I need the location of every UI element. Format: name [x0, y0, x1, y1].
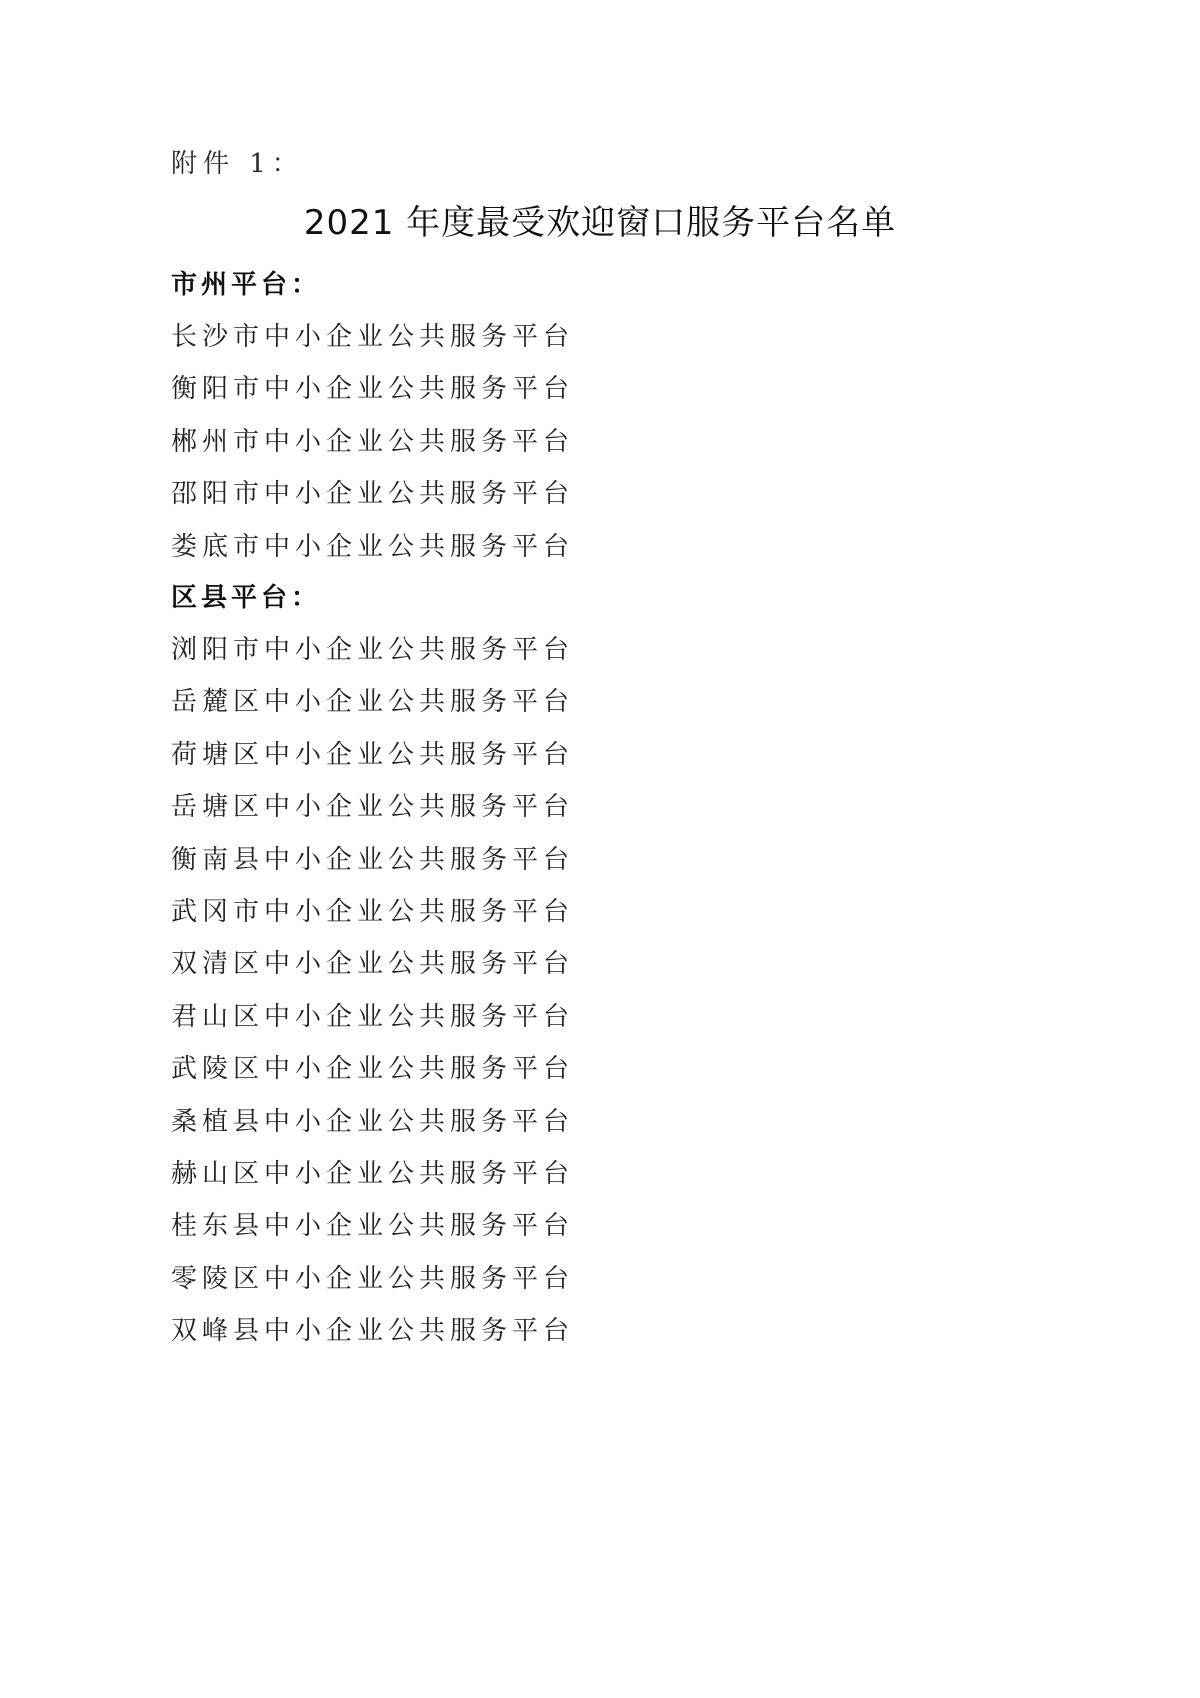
list-item: 岳麓区中小企业公共服务平台 [171, 676, 574, 728]
list-item: 赫山区中小企业公共服务平台 [171, 1148, 574, 1200]
list-item: 桂东县中小企业公共服务平台 [171, 1200, 574, 1252]
attachment-label: 附件 1： [171, 146, 304, 182]
list-item: 武冈市中小企业公共服务平台 [171, 886, 574, 938]
list-item: 浏阳市中小企业公共服务平台 [171, 624, 574, 676]
section-heading: 市州平台： [171, 259, 574, 311]
list-item: 长沙市中小企业公共服务平台 [171, 311, 574, 363]
list-item: 郴州市中小企业公共服务平台 [171, 416, 574, 468]
list-item: 邵阳市中小企业公共服务平台 [171, 468, 574, 520]
document-title: 2021 年度最受欢迎窗口服务平台名单 [0, 200, 1200, 246]
list-item: 衡南县中小企业公共服务平台 [171, 834, 574, 886]
list-item: 双清区中小企业公共服务平台 [171, 938, 574, 990]
list-item: 娄底市中小企业公共服务平台 [171, 521, 574, 573]
section-heading: 区县平台： [171, 572, 574, 624]
list-item: 荷塘区中小企业公共服务平台 [171, 729, 574, 781]
section-city-platforms: 市州平台： 长沙市中小企业公共服务平台 衡阳市中小企业公共服务平台 郴州市中小企… [171, 259, 574, 573]
document-page: 附件 1： 2021 年度最受欢迎窗口服务平台名单 市州平台： 长沙市中小企业公… [0, 0, 1200, 1698]
list-item: 桑植县中小企业公共服务平台 [171, 1096, 574, 1148]
list-item: 衡阳市中小企业公共服务平台 [171, 363, 574, 415]
list-item: 双峰县中小企业公共服务平台 [171, 1305, 574, 1357]
section-county-platforms: 区县平台： 浏阳市中小企业公共服务平台 岳麓区中小企业公共服务平台 荷塘区中小企… [171, 572, 574, 1357]
list-item: 君山区中小企业公共服务平台 [171, 991, 574, 1043]
list-item: 岳塘区中小企业公共服务平台 [171, 781, 574, 833]
list-item: 零陵区中小企业公共服务平台 [171, 1253, 574, 1305]
list-item: 武陵区中小企业公共服务平台 [171, 1043, 574, 1095]
